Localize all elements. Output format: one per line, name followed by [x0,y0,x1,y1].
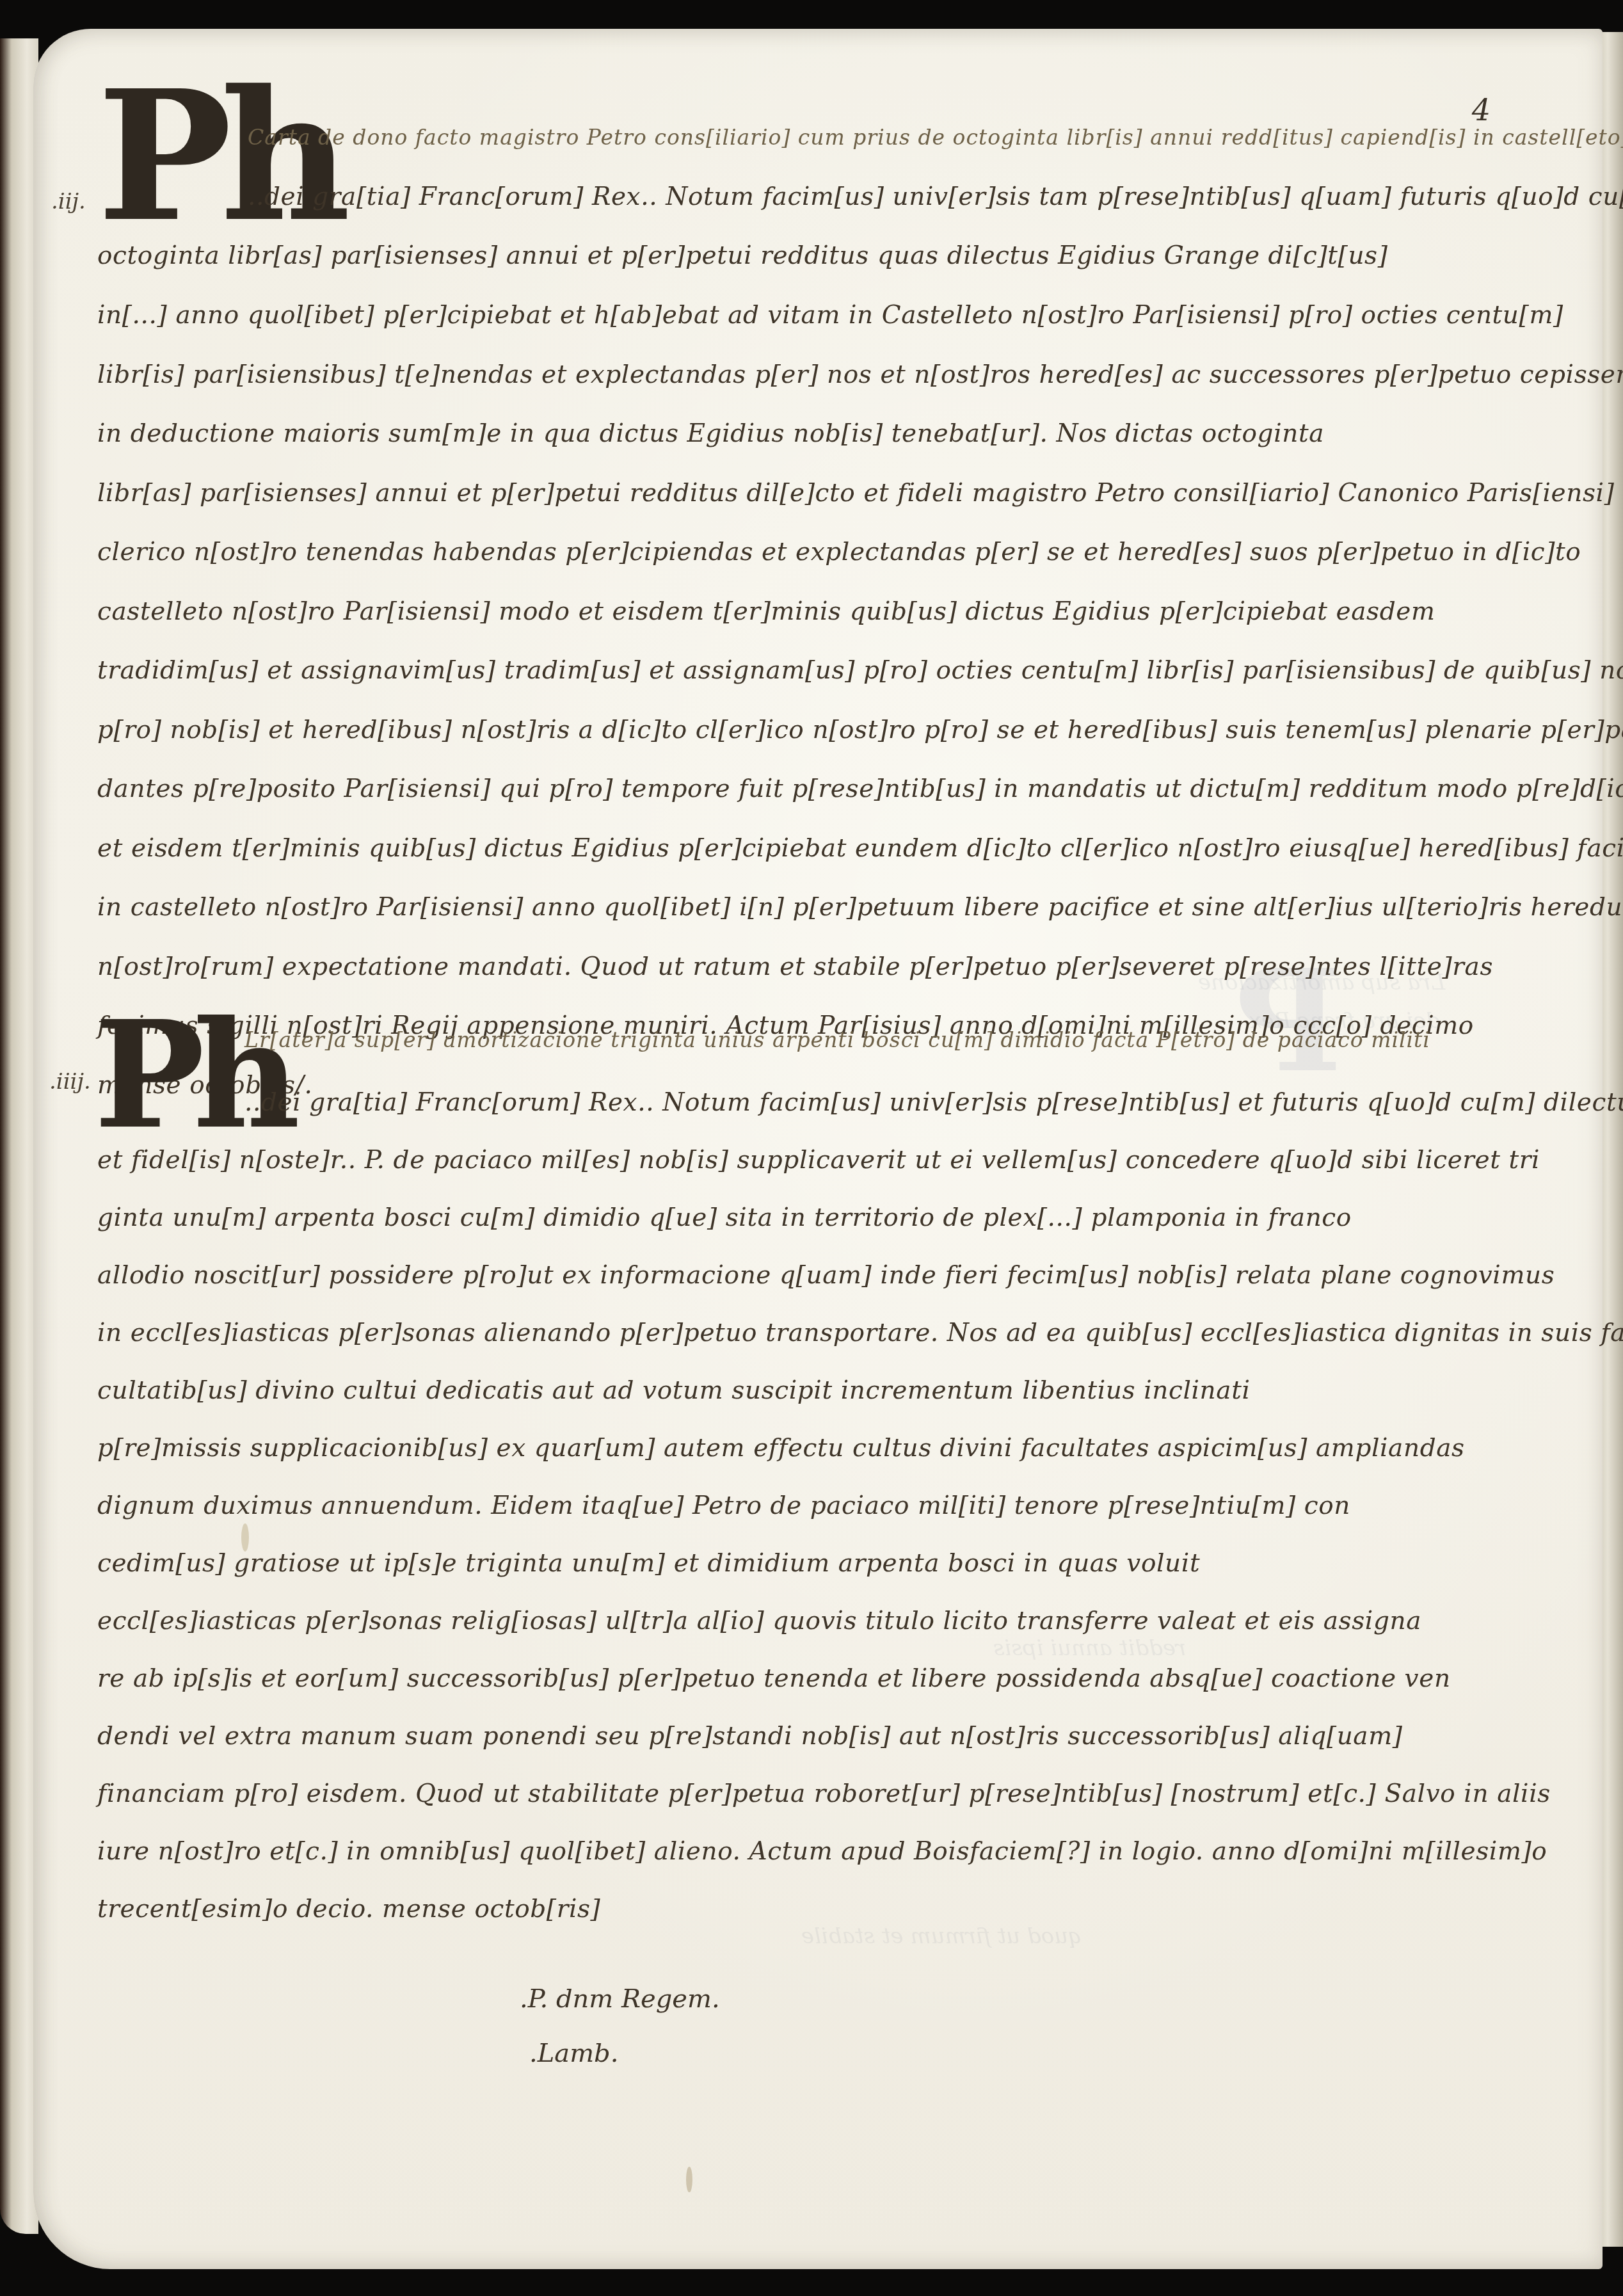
charter-rubric-heading: Lr[ater]a sup[er] amortizacione triginta… [244,1027,1430,1052]
charter-rubric-heading: Carta de dono facto magistro Petro cons[… [248,125,1623,150]
text-line: cedim[us] gratiose ut ip[s]e triginta un… [97,1549,1200,1578]
margin-numeral: .iiij. [49,1069,91,1095]
subscription-line: .P. dnm Regem. [520,1984,720,2014]
text-line: dendi vel extra manum suam ponendi seu p… [97,1722,1403,1751]
text-line: financiam p[ro] eisdem. Quod ut stabilit… [97,1779,1551,1808]
decorated-initial: Ph [97,67,339,246]
text-line: dantes p[re]posito Par[isiensi] qui p[ro… [97,775,1623,803]
text-line: dignum duximus annuendum. Eidem itaq[ue]… [97,1491,1350,1520]
text-line: ginta unu[m] arpenta bosci cu[m] dimidio… [97,1203,1352,1232]
bleed-through-text: reddit annui ipsis [993,1635,1186,1661]
margin-numeral: .iij. [51,189,86,214]
ink-stain [241,1523,249,1552]
ink-stain [686,2167,692,2192]
text-line: et fidel[is] n[oste]r.. P. de paciaco mi… [97,1146,1540,1175]
text-line: et eisdem t[er]minis quib[us] dictus Egi… [97,834,1623,863]
text-line: libr[as] par[isienses] annui et p[er]pet… [97,479,1615,508]
text-line: ..dei gra[tia] Franc[orum] Rex.. Notum f… [248,182,1623,211]
text-line: in castelleto n[ost]ro Par[isiensi] anno… [97,893,1623,922]
text-line: p[re]missis supplicacionib[us] ex quar[u… [97,1434,1465,1463]
text-line: eccl[es]iasticas p[er]sonas relig[iosas]… [97,1607,1421,1635]
text-line: clerico n[ost]ro tenendas habendas p[er]… [97,538,1581,566]
text-line: in[...] anno quol[ibet] p[er]cipiebat et… [97,301,1563,330]
text-line: in deductione maioris sum[m]e in qua dic… [97,419,1324,448]
bleed-through-text: quod ut firmum et stabile [801,1923,1082,1949]
decorated-initial: Ph [94,1002,289,1149]
text-line: n[ost]ro[rum] expectatione mandati. Quod… [97,952,1493,981]
text-line: allodio noscit[ur] possidere p[ro]ut ex … [97,1261,1555,1290]
folio-number: 4 [1472,93,1491,127]
text-line: re ab ip[s]is et eor[um] successorib[us]… [97,1664,1451,1693]
text-line: tradidim[us] et assignavim[us] tradim[us… [97,656,1623,685]
text-line: libr[is] par[isiensibus] t[e]nendas et e… [97,360,1623,389]
text-line: trecent[esim]o decio. mense octob[ris] [97,1895,600,1923]
previous-leaves-edge [0,38,38,2234]
text-line: castelleto n[ost]ro Par[isiensi] modo et… [97,597,1435,626]
text-line: ..dei gra[tia] Franc[orum] Rex.. Notum f… [244,1088,1623,1117]
text-line: iure n[ost]ro et[c.] in omnib[us] quol[i… [97,1837,1547,1866]
text-line: cultatib[us] divino cultui dedicatis aut… [97,1376,1250,1405]
text-line: in eccl[es]iasticas p[er]sonas alienando… [97,1319,1623,1347]
text-line: octoginta libr[as] par[isienses] annui e… [97,241,1388,270]
text-line: p[ro] nob[is] et hered[ibus] n[ost]ris a… [97,716,1623,744]
subscription-signature: .Lamb. [529,2039,618,2068]
manuscript-folio: 4 P Lra sup amortizacione dei gra franc … [33,29,1603,2269]
